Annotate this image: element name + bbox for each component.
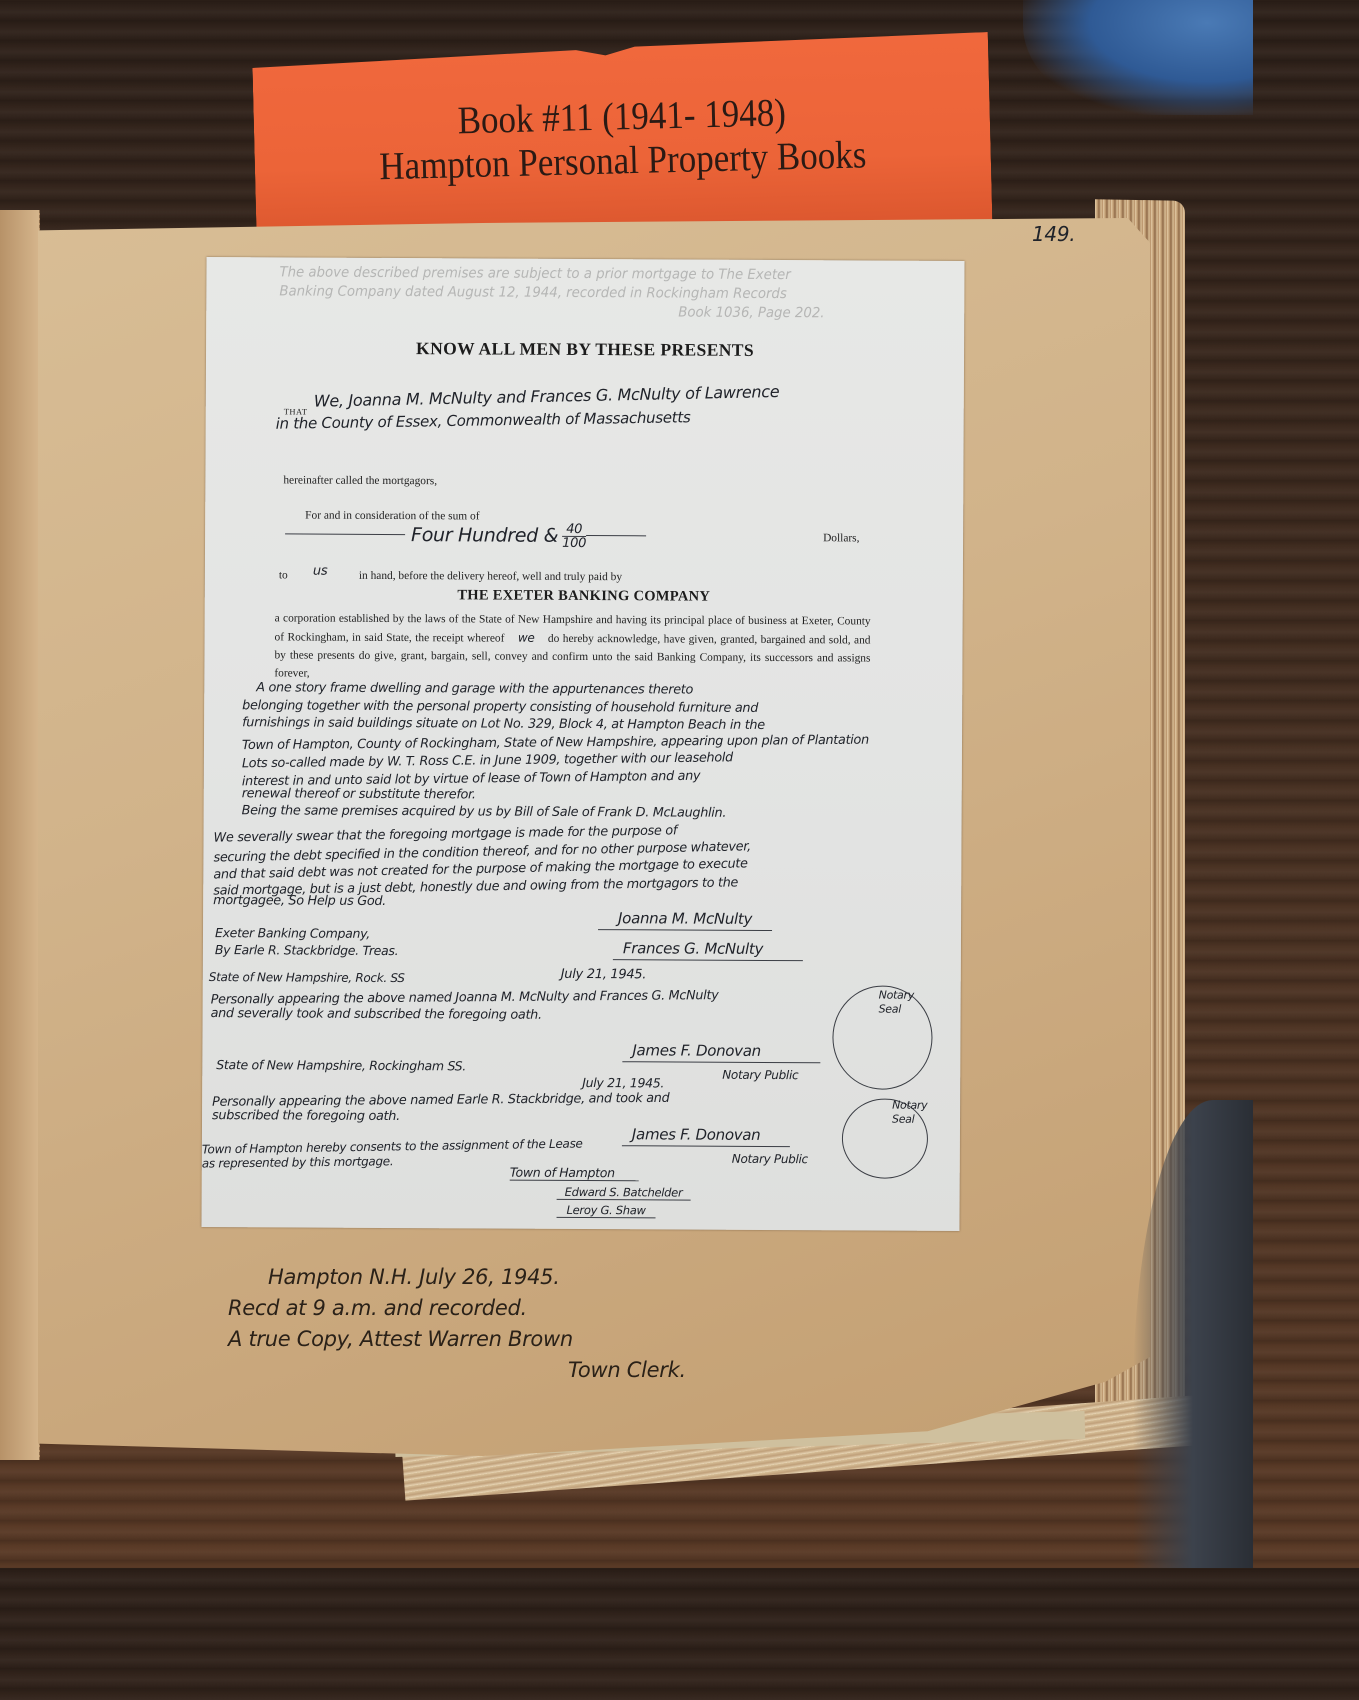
bank-name: THE EXETER BANKING COMPANY xyxy=(205,586,963,607)
oath-text: We severally swear that the foregoing mo… xyxy=(213,822,933,914)
notary-seal-2-text: Notary Seal xyxy=(892,1099,922,1127)
state-line-1: State of New Hampshire, Rock. SS xyxy=(209,970,405,985)
paid-by-label: in hand, before the delivery hereof, wel… xyxy=(359,570,622,583)
selectman-signature-1: Edward S. Batchelder xyxy=(557,1185,691,1200)
document-title: KNOW ALL MEN BY THESE PRESENTS xyxy=(206,337,964,362)
faint-header-note: The above described premises are subject… xyxy=(279,263,925,323)
book-label-sign: Book #11 (1941- 1948) Hampton Personal P… xyxy=(252,32,993,250)
state-line-2: State of New Hampshire, Rockingham SS. xyxy=(216,1057,466,1073)
town-clerk-recording-note: Hampton N.H. July 26, 1945. Recd at 9 a.… xyxy=(268,1262,686,1386)
notary-signature-1: James F. Donovan xyxy=(622,1041,821,1063)
acknowledgement-2: Personally appearing the above named Ear… xyxy=(212,1089,892,1128)
sum-amount: Four Hundred &40100 xyxy=(285,521,646,550)
date-2: July 21, 1945. xyxy=(582,1075,664,1090)
notary-title-1: Notary Public xyxy=(722,1068,798,1082)
signature-joanna: Joanna M. McNulty xyxy=(598,909,772,931)
town-label: Town of Hampton xyxy=(510,1165,639,1181)
consideration-label: For and in consideration of the sum of xyxy=(305,510,479,523)
sum-trailing-line xyxy=(586,535,646,536)
corporation-paragraph: a corporation established by the laws of… xyxy=(274,609,870,685)
property-description: A one story frame dwelling and garage wi… xyxy=(242,679,943,823)
bank-signature: Exeter Banking Company, By Earle R. Stac… xyxy=(215,924,399,959)
to-label: to xyxy=(279,569,288,581)
mortgage-document: The above described premises are subject… xyxy=(201,257,964,1231)
notary-seal-1-text: Notary Seal xyxy=(879,989,909,1017)
selectman-signature-2: Leroy G. Shaw xyxy=(557,1203,656,1218)
blue-cloth-background xyxy=(1023,0,1253,115)
sum-leading-line xyxy=(285,533,405,535)
sum-words: Four Hundred & xyxy=(411,524,558,547)
dollars-label: Dollars, xyxy=(823,532,859,544)
grantors-line-1: We, Joanna M. McNulty and Frances G. McN… xyxy=(314,382,780,411)
date-1: July 21, 1945. xyxy=(561,967,646,982)
notary-title-2: Notary Public xyxy=(732,1152,808,1166)
page-number: 149. xyxy=(1032,222,1075,246)
sum-fraction: 40100 xyxy=(562,523,586,550)
book-left-page-edge xyxy=(0,210,40,1460)
signature-frances: Frances G. McNulty xyxy=(613,939,803,961)
grantors-line-2: in the County of Essex, Commonwealth of … xyxy=(276,408,691,433)
hereinafter-label: hereinafter called the mortgagors, xyxy=(283,474,437,487)
to-recipient: us xyxy=(313,564,328,579)
acknowledgement-1: Personally appearing the above named Joa… xyxy=(211,987,851,1026)
town-consent: Town of Hampton hereby consents to the a… xyxy=(202,1137,722,1170)
